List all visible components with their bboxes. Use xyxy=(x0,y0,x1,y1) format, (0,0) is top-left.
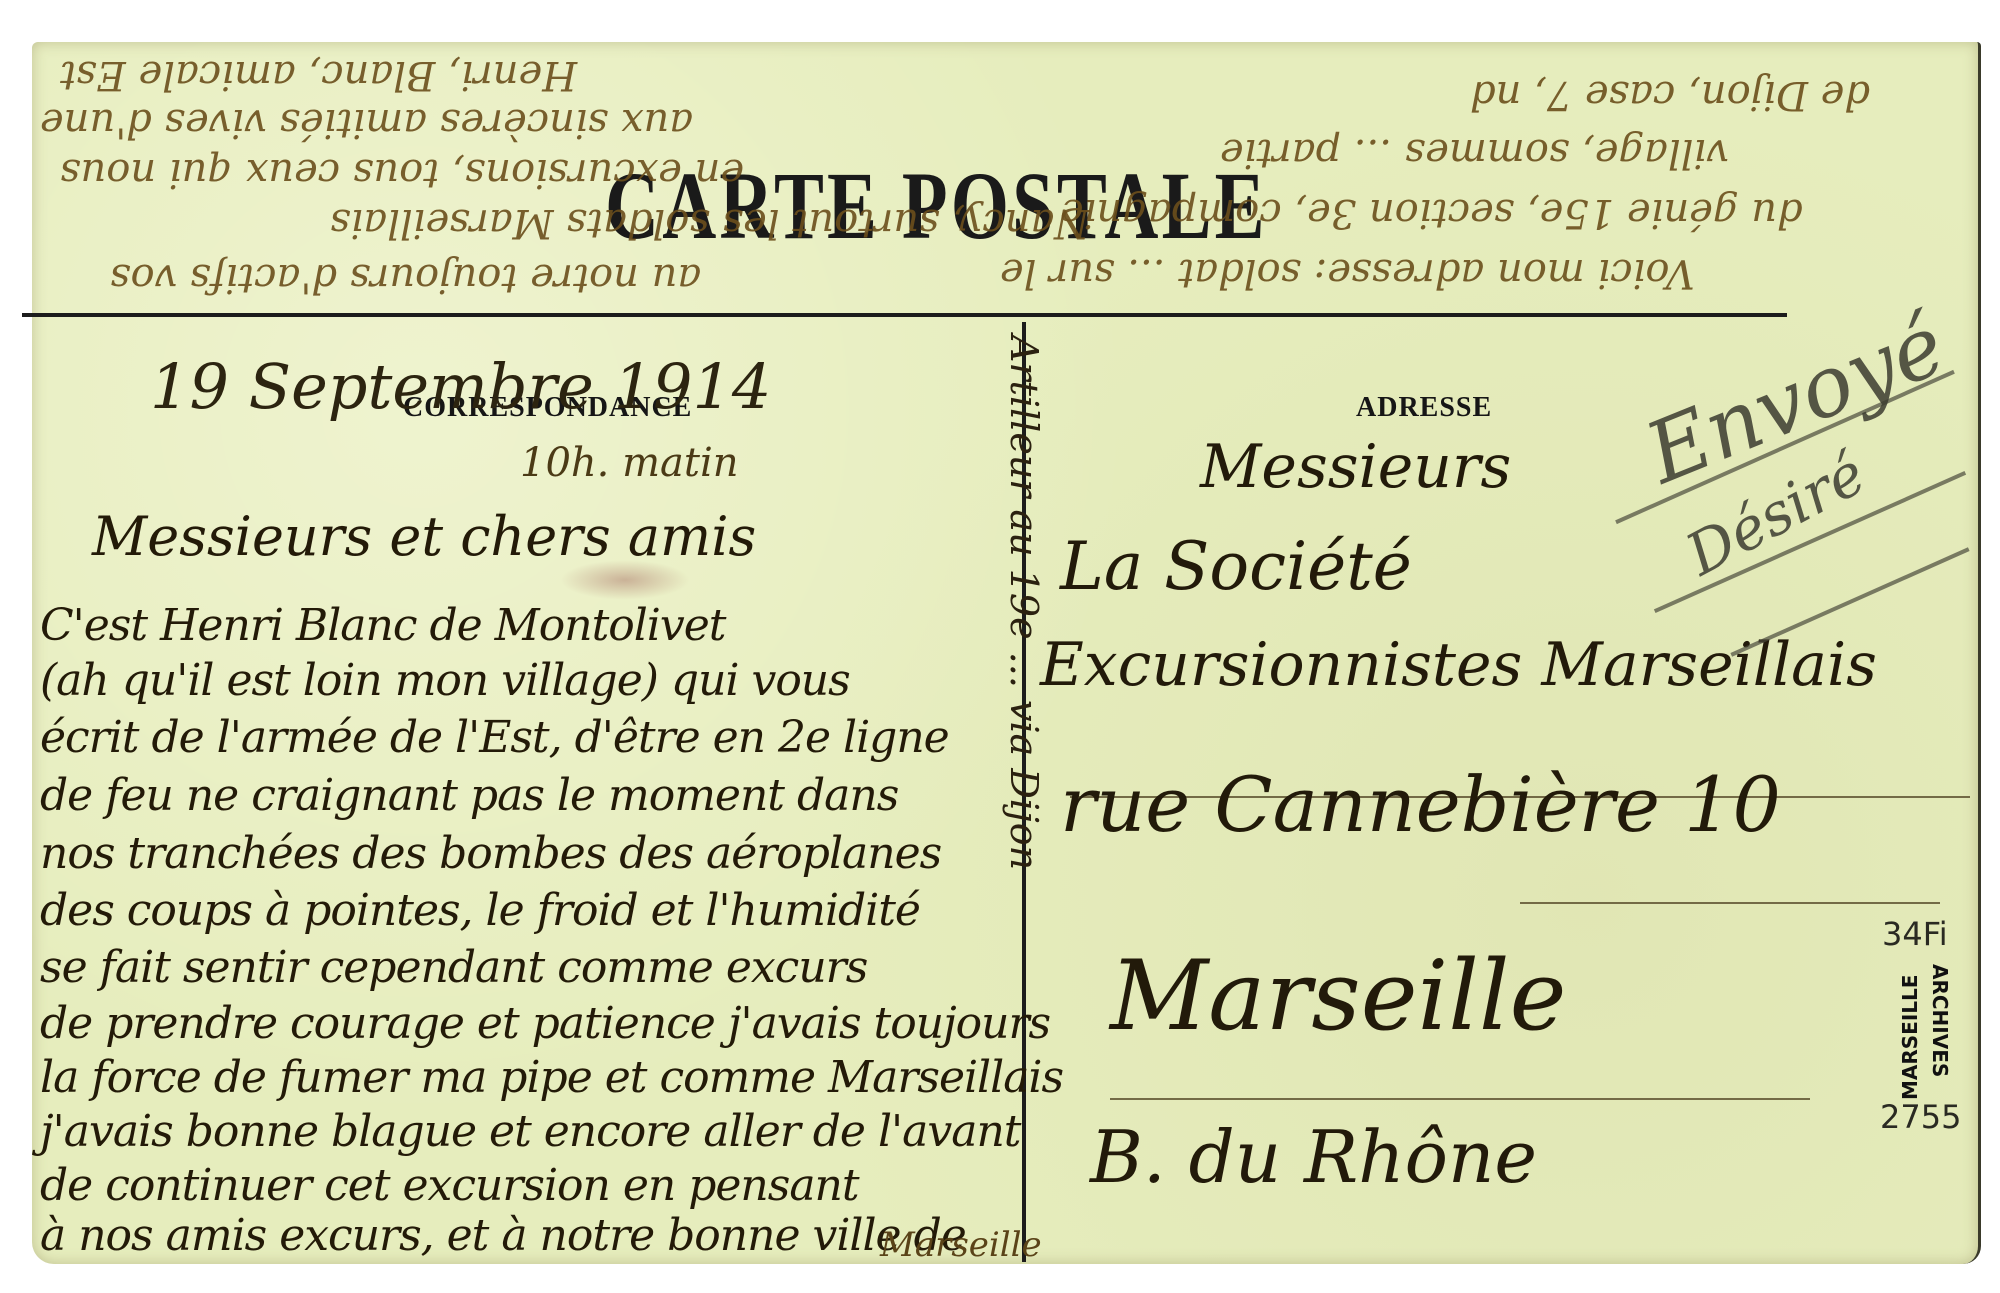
archive-fonds: 34Fi xyxy=(1882,915,1948,953)
address-line: Messieurs xyxy=(1200,432,1511,502)
letter-line: se fait sentir cependant comme excurs xyxy=(40,942,867,993)
cross-line: en excursions, tous ceux qui nous xyxy=(60,150,744,196)
stamp-city: MARSEILLE xyxy=(1898,975,1922,1100)
cross-line: du génie 15e, section 3e, compagnie xyxy=(1060,190,1803,236)
letter-line: des coups à pointes, le froid et l'humid… xyxy=(40,885,920,936)
address-guide-line xyxy=(1110,1098,1810,1100)
cross-line: au notre toujours d'actifs vos xyxy=(110,255,701,301)
letter-line: de continuer cet excursion en pensant xyxy=(40,1160,859,1211)
ink-stain xyxy=(560,560,690,600)
letter-line: à nos amis excurs, et à notre bonne vill… xyxy=(40,1210,966,1261)
address-line: rue Cannebière 10 xyxy=(1060,760,1781,849)
cross-line: village, sommes ... partie xyxy=(1220,130,1729,176)
cross-line: Henri, Blanc, amicale Est xyxy=(60,52,577,98)
letter-line: nos tranchées des bombes des aéroplanes xyxy=(40,828,941,879)
address-guide-line xyxy=(1520,902,1940,904)
letter-line: de prendre courage et patience j'avais t… xyxy=(40,998,1050,1049)
stamp-archives: ARCHIVES xyxy=(1928,964,1952,1077)
letter-line: la force de fumer ma pipe et comme Marse… xyxy=(40,1052,1063,1103)
archive-number: 2755 xyxy=(1880,1098,1961,1136)
letter-line: de feu ne craignant pas le moment dans xyxy=(40,770,898,821)
cross-line: de Dijon, case 7, nd xyxy=(1470,72,1870,118)
letter-date: 19 Septembre 1914 xyxy=(150,350,771,423)
letter-line: j'avais bonne blague et encore aller de … xyxy=(40,1106,1020,1157)
address-label: ADRESSE xyxy=(1356,392,1492,424)
cross-line: Voici mon adresse: soldat ... sur le xyxy=(1000,250,1695,296)
archive-stamp: MARSEILLE ARCHIVES xyxy=(1882,960,1972,1110)
margin-note: Artilleur au 19e ... via Dijon xyxy=(1002,335,1046,870)
letter-time: 10h. matin xyxy=(520,440,739,486)
letter-line: C'est Henri Blanc de Montolivet xyxy=(40,600,725,651)
cross-line: aux sincères amitiés vives d'une xyxy=(40,100,693,146)
address-line: B. du Rhône xyxy=(1090,1115,1537,1199)
address-line: Marseille xyxy=(1110,940,1566,1052)
address-line: La Société xyxy=(1060,528,1412,605)
letter-line: (ah qu'il est loin mon village) qui vous xyxy=(40,655,850,706)
address-line: Excursionnistes Marseillais xyxy=(1040,630,1877,700)
letter-line: écrit de l'armée de l'Est, d'être en 2e … xyxy=(40,712,949,763)
cross-line: Nancy, surtout les soldats Marseillais xyxy=(330,200,1089,246)
letter-line: Marseille xyxy=(880,1225,1042,1265)
header-divider xyxy=(22,313,1787,317)
letter-greeting: Messieurs et chers amis xyxy=(92,505,756,568)
